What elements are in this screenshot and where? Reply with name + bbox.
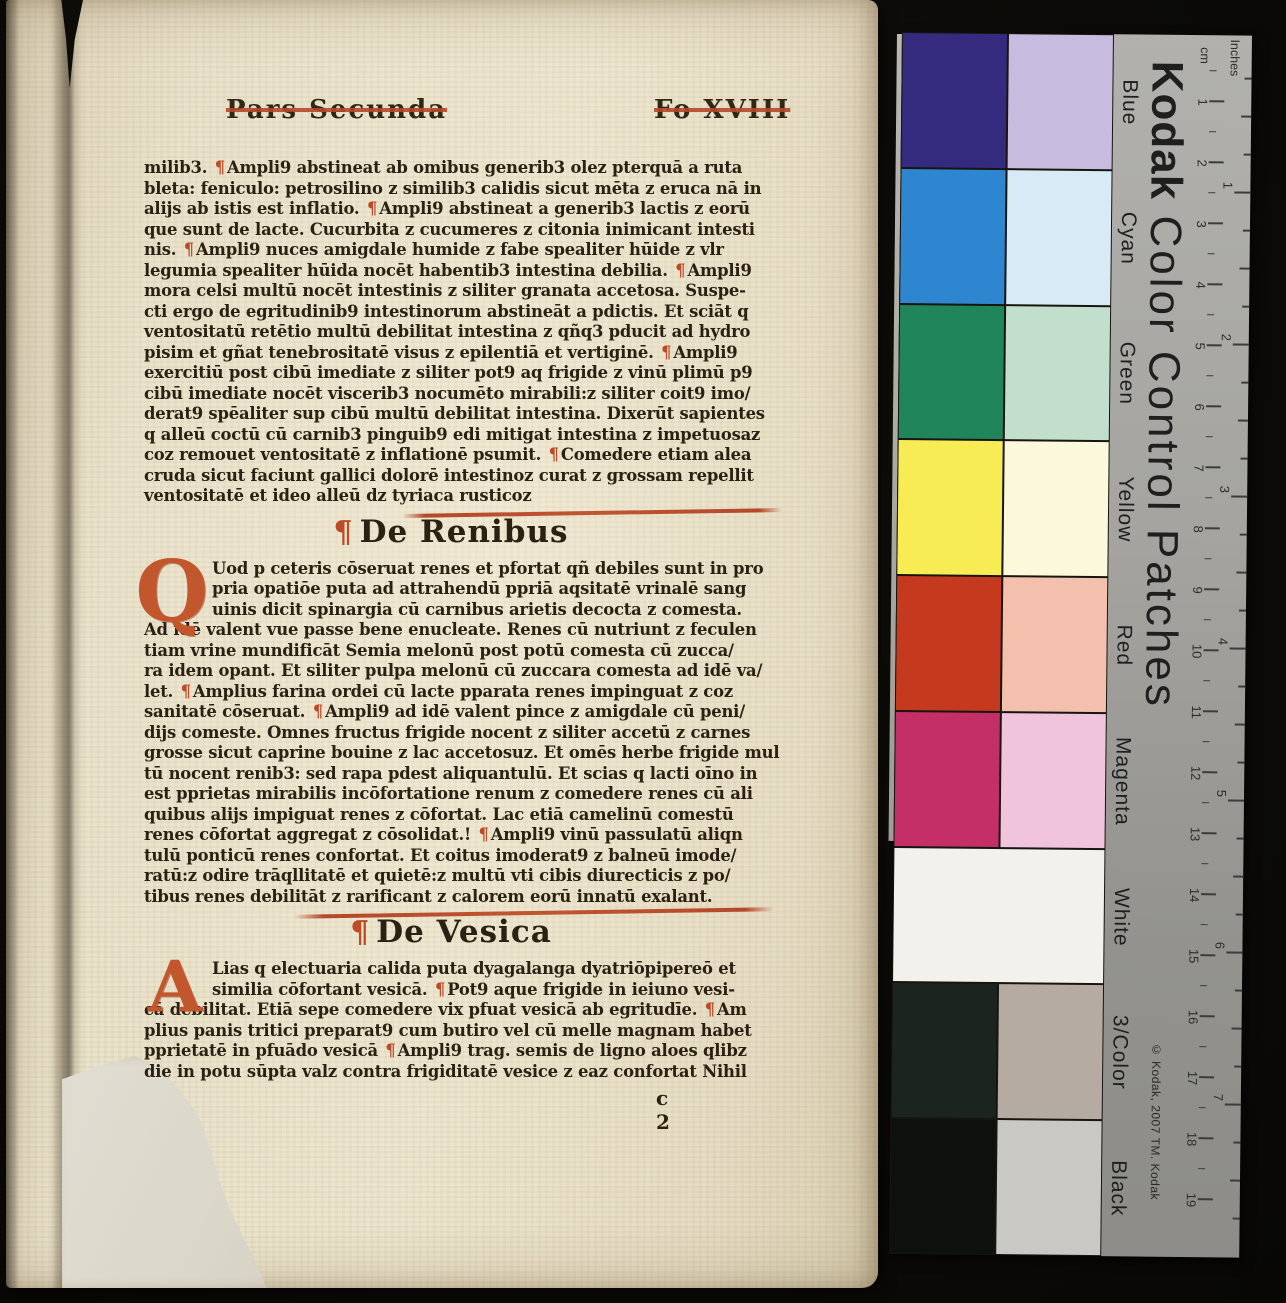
text-line: pisim et gñat tenebrositatē visus z epil… [144, 343, 758, 364]
cm-tick [1200, 954, 1215, 956]
paragraph-mark: ¶ [703, 1000, 717, 1019]
text-line: plius panis tritici preparat9 cum butiro… [144, 1021, 758, 1042]
text-line: cruda sicut faciunt gallici dolorē intes… [144, 466, 758, 487]
half-cm-tick [1206, 436, 1213, 438]
patch-label: Magenta [1110, 737, 1135, 826]
color-patch-row [896, 576, 1107, 712]
inch-tick [1226, 951, 1242, 953]
patch-label: Green [1114, 342, 1139, 406]
cm-number: 13 [1188, 827, 1203, 842]
color-patch-solid [894, 712, 999, 847]
text-line: pprietatē in pfuādo vesicā ¶Ampli9 trag.… [144, 1041, 758, 1062]
color-patch-tint [1008, 34, 1113, 169]
inch-tick [1225, 1103, 1241, 1105]
section-heading: ¶De Vesica [350, 915, 552, 950]
paragraph-mark: ¶ [182, 240, 196, 259]
half-cm-tick [1200, 985, 1207, 987]
text-line: tiam vrine mundificāt Semia melonū post … [144, 641, 758, 662]
color-patch-solid [890, 1119, 995, 1254]
text-line: alijs ab istis est inflatio. ¶Ampli9 abs… [144, 199, 758, 220]
kodak-title: Kodak Color Control Patches [1135, 61, 1192, 710]
inch-number: 1 [1220, 182, 1235, 189]
inch-tick [1233, 1142, 1240, 1144]
scanned-photo: Pars Secunda Fo XVIII milib3. ¶Ampli9 ab… [0, 0, 1286, 1303]
paragraph-mark: ¶ [383, 1041, 397, 1060]
heading-wrap: ¶De Vesica [144, 907, 758, 959]
inch-tick [1230, 647, 1246, 649]
color-patch-tint [998, 985, 1103, 1120]
cm-number: 7 [1191, 464, 1206, 471]
text-line: cti ergo de egritudinib9 intestinorum ab… [144, 302, 758, 323]
paragraph-mark: ¶ [213, 158, 227, 177]
patch-label: Yellow [1113, 476, 1138, 542]
inch-tick [1238, 420, 1248, 422]
running-title: Pars Secunda [226, 95, 447, 125]
inch-tick [1233, 343, 1249, 345]
cm-tick [1208, 222, 1223, 224]
half-cm-tick [1203, 741, 1210, 743]
half-cm-tick [1206, 375, 1213, 377]
half-cm-tick [1204, 558, 1211, 560]
text-line: Ad idē valent vue passe bene enucleate. … [144, 620, 758, 641]
rubric-underline [402, 508, 782, 518]
text-line: ra idem opant. Et siliter pulpa melonū c… [144, 661, 758, 682]
inch-number: 7 [1211, 1094, 1226, 1101]
color-patch-row [892, 983, 1103, 1119]
color-patch-row [897, 440, 1108, 576]
text-line: tulū ponticū renes confortat. Et coitus … [144, 846, 758, 867]
text-line: que sunt de lacte. Cucurbita z cucumeres… [144, 220, 758, 241]
inch-tick [1242, 306, 1249, 308]
text-line: quibus alijs impiguat renes z cōfortat. … [144, 805, 758, 826]
inch-tick [1235, 990, 1242, 992]
section-heading: ¶De Renibus [334, 515, 569, 550]
text-line: similia cōfortant vesicā. ¶Pot9 aque fri… [144, 980, 758, 1001]
cm-number: 19 [1184, 1193, 1199, 1208]
color-patch-row [894, 712, 1105, 848]
inch-tick [1238, 686, 1245, 688]
half-cm-tick [1198, 1168, 1205, 1170]
cm-number: 10 [1189, 644, 1204, 659]
cm-number: 9 [1190, 586, 1205, 593]
heading-text: De Renibus [360, 514, 569, 550]
text-line: die in potu sūpta valz contra frigiditat… [144, 1062, 758, 1083]
paragraph-mark: ¶ [433, 980, 447, 999]
color-patch-row [899, 305, 1110, 441]
text-line: sanitatē cōseruat. ¶Ampli9 ad idē valent… [144, 702, 758, 723]
half-cm-tick [1208, 192, 1215, 194]
text-line: uinis dicit spinargia cū carnibus arieti… [144, 600, 758, 621]
heading-text: De Vesica [376, 914, 552, 950]
drop-cap-initial: Q [130, 559, 214, 625]
text-line: tū nocent renib3: sed rapa pdest aliquan… [144, 764, 758, 785]
inch-number: 3 [1217, 486, 1232, 493]
inch-tick [1236, 914, 1243, 916]
paragraph-mark: ¶ [547, 445, 561, 464]
inch-tick [1240, 268, 1250, 270]
inch-number: 5 [1214, 790, 1229, 797]
text-line: pria opatiōe puta ad attrahendū ppriā aq… [144, 579, 758, 600]
cm-tick [1202, 771, 1217, 773]
kodak-title-rest: Color Control Patches [1136, 200, 1190, 709]
patch-label: Cyan [1116, 211, 1141, 264]
color-patch-white [893, 848, 1104, 984]
text-line: bleta: feniculo: petrosilino z similib3 … [144, 179, 758, 200]
color-patch-solid [897, 440, 1002, 575]
half-cm-tick [1207, 314, 1214, 316]
patch-label: White [1108, 887, 1133, 946]
text-line: ventositatū retētio multū debilitat inte… [144, 322, 758, 343]
cm-number: 17 [1185, 1071, 1200, 1086]
text-line: renes cōfortat aggregat z cōsolidat.! ¶A… [144, 825, 758, 846]
cm-tick [1205, 527, 1220, 529]
color-patch-row [890, 1119, 1101, 1255]
cm-number: 6 [1192, 403, 1207, 410]
color-patch-tint [996, 1120, 1101, 1255]
inch-tick [1241, 116, 1251, 118]
cm-label: cm [1198, 47, 1212, 64]
cm-tick [1205, 466, 1220, 468]
color-patch-tint [1002, 577, 1107, 712]
cm-tick [1204, 649, 1219, 651]
cm-tick [1209, 161, 1224, 163]
inch-tick [1244, 154, 1251, 156]
half-cm-tick [1202, 802, 1209, 804]
heading-wrap: ¶De Renibus [144, 507, 758, 559]
cm-number: 1 [1195, 98, 1210, 105]
text-line: cā debilitat. Etiā sepe comedere vix pfu… [144, 1000, 758, 1021]
half-cm-tick [1210, 70, 1217, 72]
half-cm-tick [1208, 253, 1215, 255]
cm-tick [1202, 832, 1217, 834]
inch-tick [1239, 610, 1246, 612]
text-block: milib3. ¶Ampli9 abstineat ab omibus gene… [144, 158, 758, 1134]
cm-number: 16 [1186, 1010, 1201, 1025]
page-edge-shadow [6, 0, 20, 1288]
color-patch-row [900, 169, 1111, 305]
text-line: dijs comeste. Omnes fructus frigide noce… [144, 723, 758, 744]
inch-tick [1241, 382, 1248, 384]
paragraph: milib3. ¶Ampli9 abstineat ab omibus gene… [144, 158, 758, 507]
color-patch-row [902, 33, 1113, 169]
cm-number: 3 [1194, 220, 1209, 227]
inch-tick [1237, 838, 1244, 840]
color-patch-solid [899, 305, 1004, 440]
cm-tick [1204, 588, 1219, 590]
inch-tick [1230, 1179, 1240, 1181]
paragraph-mark: ¶ [659, 343, 673, 362]
cm-tick [1203, 710, 1218, 712]
text-line: q alleū coctū cū carnib3 pinguib9 edi mi… [144, 425, 758, 446]
patch-label: 3/Color [1107, 1015, 1132, 1090]
text-line: milib3. ¶Ampli9 abstineat ab omibus gene… [144, 158, 758, 179]
paragraph: ALias q electuaria calida puta dyagalang… [144, 959, 758, 1082]
inch-tick [1236, 572, 1246, 574]
cm-tick [1209, 100, 1224, 102]
folio-number: Fo XVIII [654, 95, 790, 125]
copyright-text: © Kodak, 2007 TM. Kodak [1148, 1043, 1164, 1200]
color-patch-solid [900, 169, 1005, 304]
heading-paragraph-mark: ¶ [334, 515, 354, 550]
cm-number: 4 [1193, 281, 1208, 288]
cm-number: 2 [1195, 159, 1210, 166]
text-line: ventositatē et ideo alleū dz tyriaca rus… [144, 486, 758, 507]
patch-label: Red [1111, 624, 1135, 666]
half-cm-tick [1204, 619, 1211, 621]
inch-tick [1235, 724, 1245, 726]
inch-number: 4 [1216, 638, 1231, 645]
cm-number: 12 [1188, 766, 1203, 781]
cm-tick [1198, 1198, 1213, 1200]
inch-tick [1234, 191, 1250, 193]
half-cm-tick [1205, 497, 1212, 499]
half-cm-tick [1199, 1046, 1206, 1048]
color-patch-tint [1000, 713, 1105, 848]
cm-number: 18 [1184, 1132, 1199, 1147]
cm-number: 14 [1187, 888, 1202, 903]
patch-label: Blue [1117, 79, 1141, 125]
inch-tick [1243, 230, 1250, 232]
text-line: Lias q electuaria calida puta dyagalanga… [144, 959, 758, 980]
text-line: let. ¶Amplius farina ordei cū lacte ppar… [144, 682, 758, 703]
half-cm-tick [1203, 680, 1210, 682]
inch-number: 2 [1219, 334, 1234, 341]
patch-grid [889, 32, 1114, 1256]
text-line: cibū imediate nocēt viscerib3 nocumēto m… [144, 384, 758, 405]
text-line: coz remouet ventositatē z inflationē psu… [144, 445, 758, 466]
paragraph-mark: ¶ [477, 825, 491, 844]
paragraph-mark: ¶ [311, 702, 325, 721]
kodak-brand: Kodak [1141, 61, 1191, 201]
inch-number: 6 [1212, 942, 1227, 949]
inch-tick [1234, 1066, 1241, 1068]
color-patch-solid [902, 33, 1007, 168]
ruler: cm Inches 123456789101112131415161718191… [1183, 35, 1252, 1258]
drop-cap-initial: A [140, 959, 210, 1015]
text-line: exercitiū post cibū imediate z siliter p… [144, 363, 758, 384]
paragraph-mark: ¶ [365, 199, 379, 218]
cm-number: 5 [1193, 342, 1208, 349]
heading-paragraph-mark: ¶ [350, 915, 370, 950]
manuscript-page: Pars Secunda Fo XVIII milib3. ¶Ampli9 ab… [6, 0, 878, 1288]
color-patch-row [893, 848, 1104, 984]
cm-number: 11 [1189, 705, 1204, 719]
color-patch-tint [1003, 441, 1108, 576]
color-patch-solid [896, 576, 1001, 711]
text-line: grosse sicut caprine bouine z lac acceto… [144, 743, 758, 764]
inch-tick [1233, 1218, 1240, 1220]
paragraph: QUod p ceteris cōseruat renes et pfortat… [144, 559, 758, 908]
signature-mark: c 2 [144, 1086, 758, 1134]
cm-tick [1207, 283, 1222, 285]
text-line: est pprietas mirabilis incōfortatione re… [144, 784, 758, 805]
cm-tick [1206, 405, 1221, 407]
text-line: Uod p ceteris cōseruat renes et pfortat … [144, 559, 758, 580]
half-cm-tick [1201, 924, 1208, 926]
inches-label: Inches [1228, 39, 1242, 76]
inch-tick [1231, 495, 1247, 497]
cm-tick [1200, 1015, 1215, 1017]
inch-tick [1245, 78, 1252, 80]
cm-tick [1207, 344, 1222, 346]
kodak-color-strip: Kodak Color Control Patches BlueCyanGree… [889, 32, 1252, 1258]
text-line: tibus renes debilitāt z rarificant z cal… [144, 887, 758, 908]
inch-tick [1228, 799, 1244, 801]
cm-tick [1198, 1137, 1213, 1139]
text-line: legumia spealiter hūida nocēt habentib3 … [144, 261, 758, 282]
cm-tick [1201, 893, 1216, 895]
half-cm-tick [1209, 131, 1216, 133]
cm-tick [1199, 1076, 1214, 1078]
text-line: mora celsi multū nocēt intestinis z sili… [144, 281, 758, 302]
half-cm-tick [1201, 863, 1208, 865]
paragraph-mark: ¶ [179, 682, 193, 701]
text-line: nis. ¶Ampli9 nuces amigdale humide z fab… [144, 240, 758, 261]
inch-tick [1232, 1028, 1242, 1030]
paragraph-mark: ¶ [673, 261, 687, 280]
text-line: ratū:z odire trāqllitatē et quietē:z mul… [144, 866, 758, 887]
inch-tick [1241, 458, 1248, 460]
color-patch-solid [892, 983, 997, 1118]
inch-tick [1233, 876, 1243, 878]
cm-number: 15 [1186, 949, 1201, 964]
cm-number: 8 [1191, 525, 1206, 532]
inch-tick [1237, 762, 1244, 764]
color-patch-tint [1006, 170, 1111, 305]
gray-panel: Kodak Color Control Patches BlueCyanGree… [1101, 34, 1252, 1257]
half-cm-tick [1199, 1107, 1206, 1109]
patch-label: Black [1106, 1160, 1131, 1217]
text-line: derat9 spēaliter sup cibū multū debilita… [144, 404, 758, 425]
inch-tick [1240, 534, 1247, 536]
color-patch-tint [1005, 306, 1110, 441]
